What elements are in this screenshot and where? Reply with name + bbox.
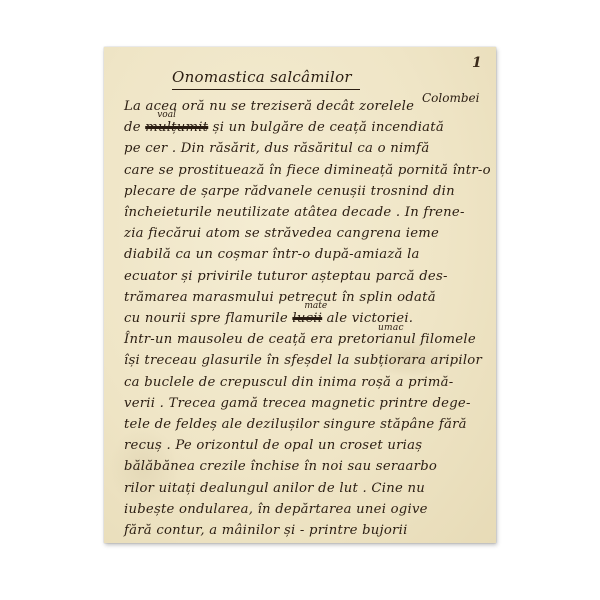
manuscript-title: Onomastica salcâmilor xyxy=(172,68,360,90)
text-line: plecare de șarpe rădvanele cenușii trosn… xyxy=(124,184,455,199)
text-line: cu nourii spre flamurile matelucii ale v… xyxy=(124,311,413,326)
text-line: rilor uitați dealungul anilor de lut . C… xyxy=(124,481,425,496)
text-line: recuș . Pe orizontul de opal un croset u… xyxy=(124,438,422,453)
inserted-word: umac xyxy=(378,323,404,333)
text-line: pe cer . Din răsărit, dus răsăritul ca o… xyxy=(124,141,429,156)
text-line: bălăbănea crezile închise în noi sau ser… xyxy=(124,459,437,474)
struck-word: mulțumit xyxy=(145,120,208,135)
text-line: verii . Trecea gamă trecea magnetic prin… xyxy=(124,396,471,411)
text-line: Într-un mausoleu de ceață era pretorianu… xyxy=(124,332,476,347)
text-line: zia fiecărui atom se străvedea cangrena … xyxy=(124,226,439,241)
text-line: care se prostituează în fiece dimineață … xyxy=(124,163,491,178)
text-line: de voalmulțumit și un bulgăre de ceață i… xyxy=(124,120,444,135)
manuscript-page: 1 Onomastica salcâmilor Colombei La acea… xyxy=(104,47,496,543)
text-line: fără contur, a mâinilor și - printre buj… xyxy=(124,523,408,538)
text-line: tele de feldeș ale dezilușilor singure s… xyxy=(124,417,467,432)
struck-word: lucii xyxy=(292,311,322,326)
text-line: trămarea marasmului petrecut în splin od… xyxy=(124,290,436,305)
text-line: diabilă ca un coșmar într-o după-amiază … xyxy=(124,247,420,262)
text-line: ca buclele de crepuscul din inima roșă a… xyxy=(124,375,453,390)
inserted-word: mate xyxy=(304,301,327,311)
text-line: ecuator și privirile tuturor așteptau pa… xyxy=(124,269,448,284)
page-number: 1 xyxy=(472,55,482,71)
text-line: iubește ondularea, în depărtarea unei og… xyxy=(124,502,428,517)
text-line: încheieturile neutilizate atâtea decade … xyxy=(124,205,465,220)
place-name: Colombei xyxy=(422,91,479,105)
text-line: își treceau glasurile în sfeșdel la subț… xyxy=(124,353,482,368)
inserted-word: voal xyxy=(157,110,176,120)
